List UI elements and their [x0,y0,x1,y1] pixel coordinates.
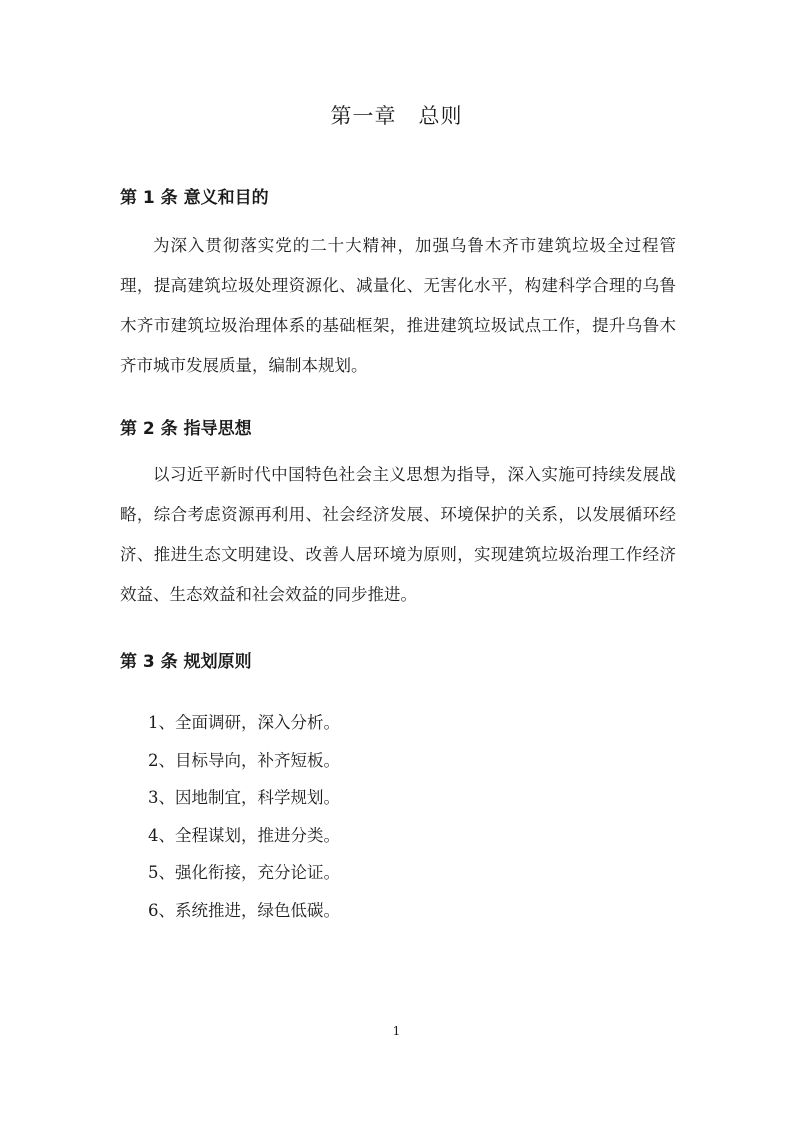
chapter-title: 第一章 总则 [0,100,793,130]
article-2-paragraph: 以习近平新时代中国特色社会主义思想为指导，深入实施可持续发展战略，综合考虑资源再… [120,455,676,615]
principle-item-6: 6、系统推进，绿色低碳。 [148,892,340,930]
principle-item-4: 4、全程谋划，推进分类。 [148,817,340,855]
principle-item-1: 1、全面调研，深入分析。 [148,704,340,742]
principle-item-2: 2、目标导向，补齐短板。 [148,742,340,780]
article-1-paragraph: 为深入贯彻落实党的二十大精神，加强乌鲁木齐市建筑垃圾全过程管理，提高建筑垃圾处理… [120,226,676,386]
article-1-heading: 第 1 条 意义和目的 [120,183,269,208]
principle-list: 1、全面调研，深入分析。 2、目标导向，补齐短板。 3、因地制宜，科学规划。 4… [148,704,340,929]
principle-item-5: 5、强化衔接，充分论证。 [148,854,340,892]
article-3-heading: 第 3 条 规划原则 [120,647,252,672]
page-number: 1 [0,1024,793,1038]
document-page: 第一章 总则 第 1 条 意义和目的 为深入贯彻落实党的二十大精神，加强乌鲁木齐… [0,0,793,1122]
article-2-heading: 第 2 条 指导思想 [120,414,252,439]
principle-item-3: 3、因地制宜，科学规划。 [148,779,340,817]
